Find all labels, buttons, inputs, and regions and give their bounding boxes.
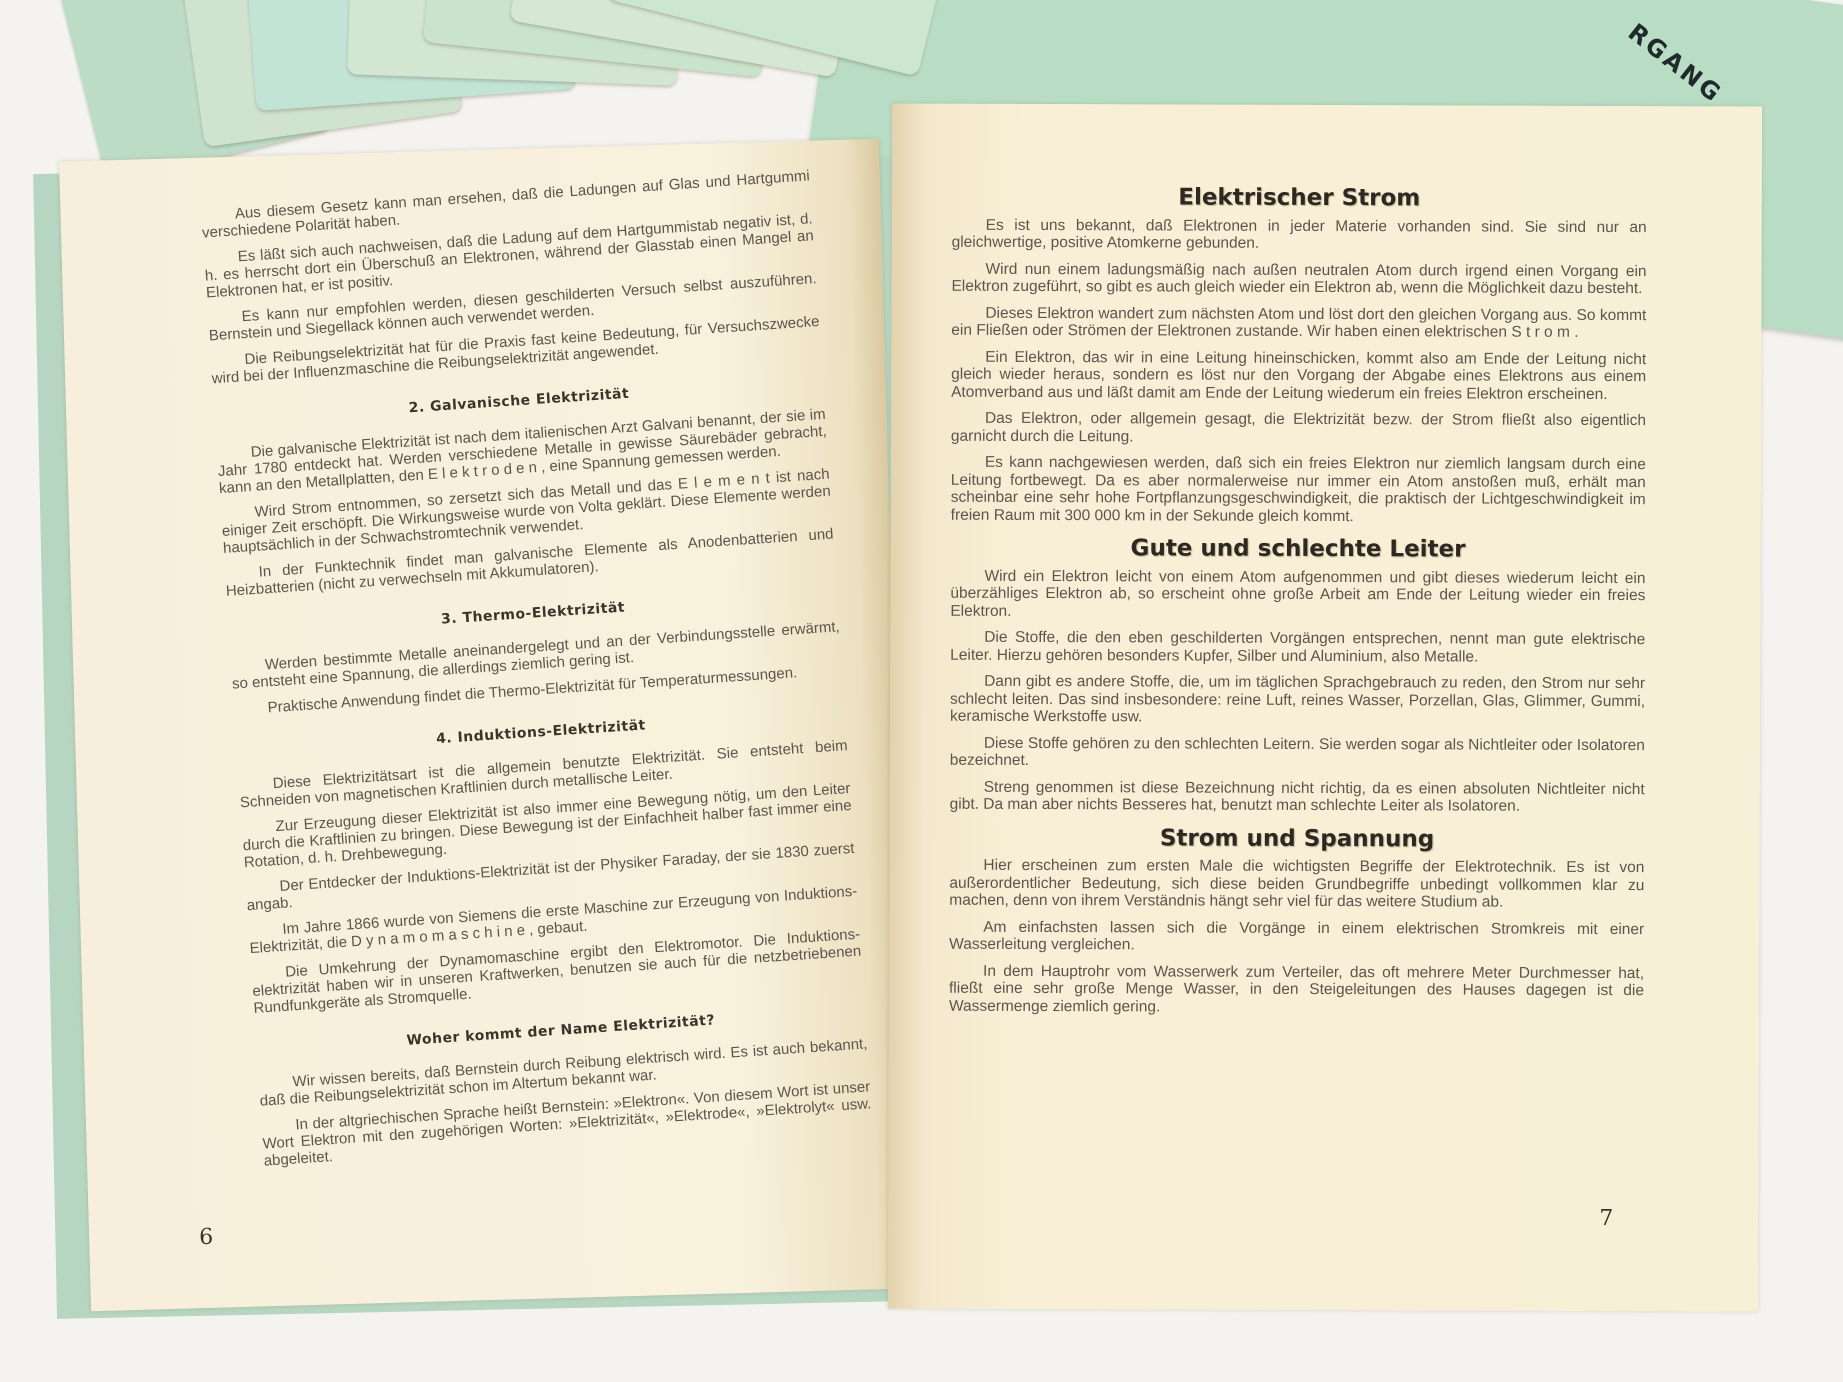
paragraph: Diese Stoffe gehören zu den schlechten L… <box>950 734 1645 771</box>
page-number-right: 7 <box>1599 1206 1613 1231</box>
paragraph: Dieses Elektron wandert zum nächsten Ato… <box>951 304 1646 341</box>
paragraph: Die Stoffe, die den eben geschilderten V… <box>950 629 1645 666</box>
paragraph: Das Elektron, oder allgemein gesagt, die… <box>951 410 1646 447</box>
paragraph: Ein Elektron, das wir in eine Leitung hi… <box>951 348 1646 403</box>
paragraph: Dann gibt es andere Stoffe, die, um im t… <box>950 673 1645 728</box>
right-page-content: Elektrischer StromEs ist uns bekannt, da… <box>949 189 1647 1026</box>
paragraph: Hier erscheinen zum ersten Male die wich… <box>949 857 1644 912</box>
paragraph: Wird nun einem ladungsmäßig nach außen n… <box>951 260 1646 297</box>
left-page-content: Aus diesem Gesetz kann man ersehen, daß … <box>200 167 873 1178</box>
section-heading: Strom und Spannung <box>950 829 1645 849</box>
section-heading: Gute und schlechte Leiter <box>951 540 1646 560</box>
page-number-left: 6 <box>199 1225 214 1250</box>
right-page: Elektrischer StromEs ist uns bekannt, da… <box>888 103 1762 1311</box>
paragraph: Streng genommen ist diese Bezeichnung ni… <box>950 778 1645 815</box>
section-heading: Elektrischer Strom <box>952 189 1647 209</box>
paragraph: Es kann nachgewiesen werden, daß sich ei… <box>951 454 1646 526</box>
left-page: Aus diesem Gesetz kann man ersehen, daß … <box>59 139 911 1311</box>
paragraph: Es ist uns bekannt, daß Elektronen in je… <box>952 216 1647 253</box>
paragraph: Am einfachsten lassen sich die Vorgänge … <box>949 918 1644 955</box>
paragraph: In dem Hauptrohr vom Wasserwerk zum Vert… <box>949 962 1644 1017</box>
paragraph: Wird ein Elektron leicht von einem Atom … <box>950 567 1645 622</box>
